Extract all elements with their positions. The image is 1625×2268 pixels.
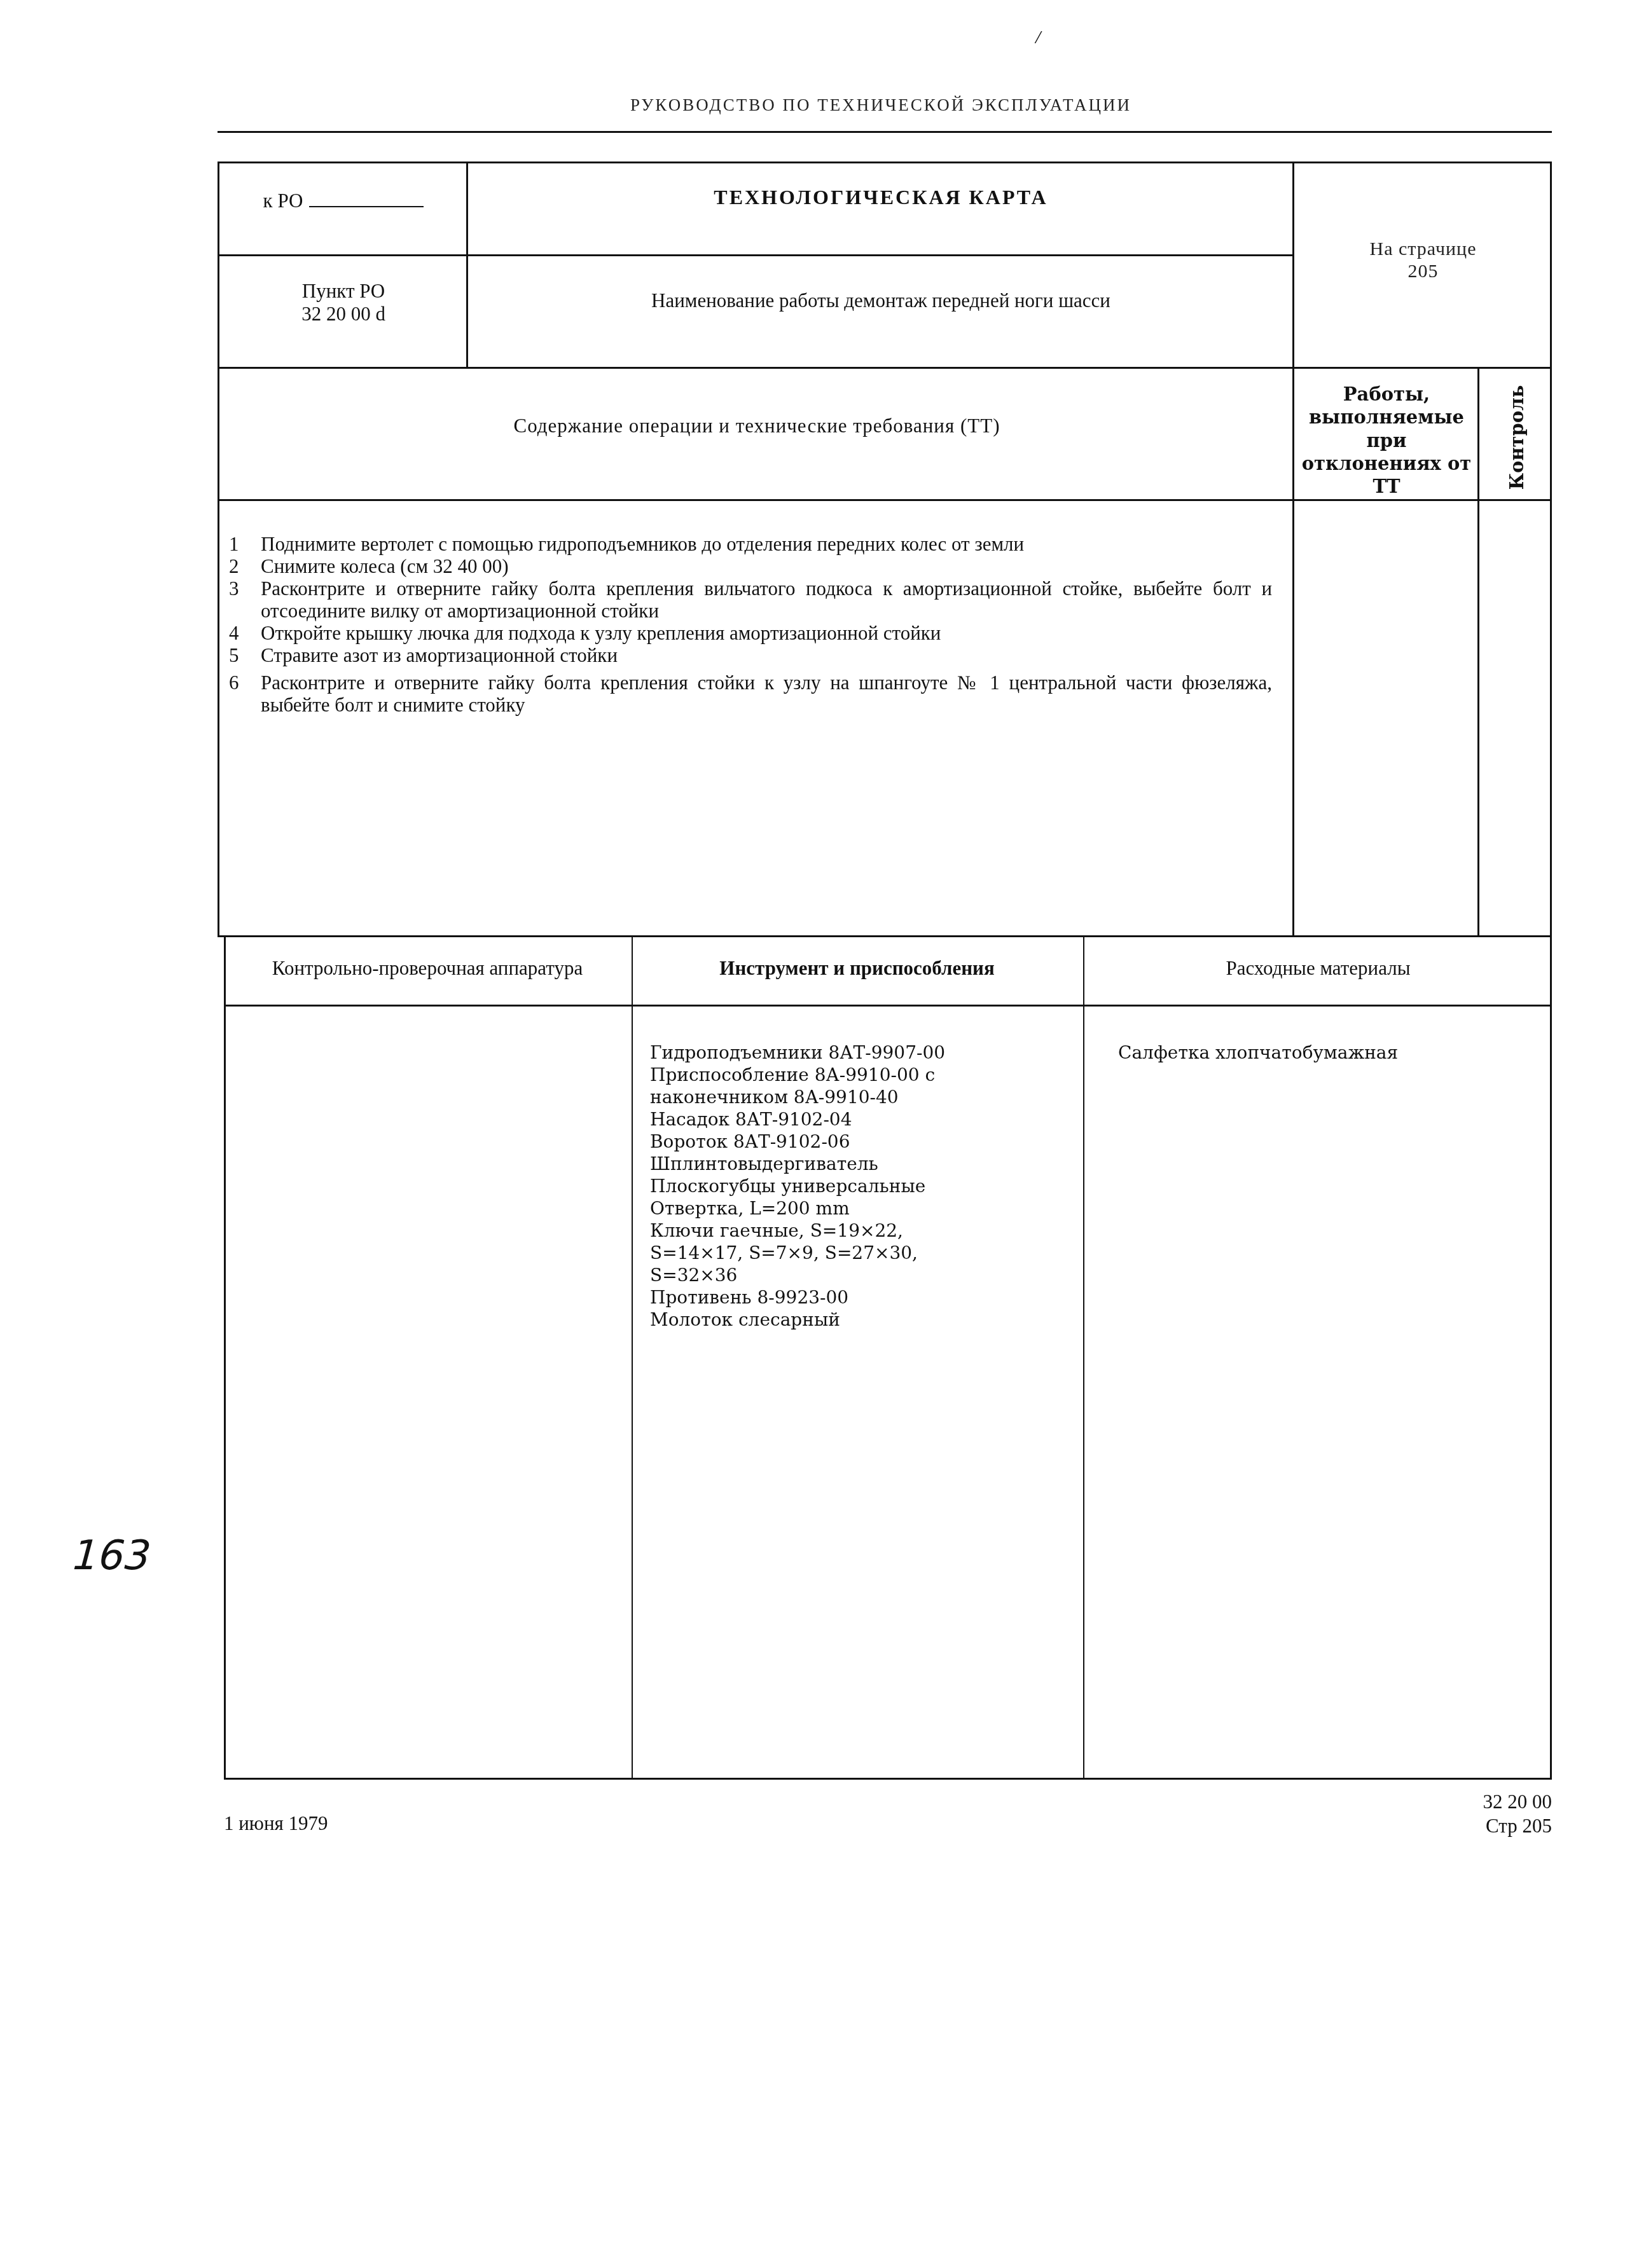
header-rule [218, 131, 1552, 133]
page-ref-label: На страчице [1294, 238, 1552, 261]
handwritten-margin-note: 163 [71, 1532, 152, 1579]
ref-ro-field: к РО [219, 189, 467, 212]
punkt-ro-label: Пункт РО [219, 280, 467, 303]
operation-steps: 1 Поднимите вертолет с помощью гидроподъ… [229, 533, 1272, 716]
divider [218, 367, 1552, 369]
tools-header: Инструмент и приспособления [633, 957, 1081, 980]
step-text: Стравите азот из амортизационной стойки [261, 644, 1272, 666]
test-equipment-header: Контрольно-проверочная аппаратура [224, 957, 631, 980]
list-item: S=14×17, S=7×9, S=27×30, [650, 1242, 1070, 1264]
page-number: Стр 205 [1483, 1814, 1552, 1838]
card-title: ТЕХНОЛОГИЧЕСКАЯ КАРТА [467, 186, 1294, 209]
list-item: 3 Расконтрите и отверните гайку болта кр… [229, 577, 1272, 622]
punkt-ro: Пункт РО 32 20 00 d [219, 280, 467, 325]
list-item: Вороток 8АТ-9102-06 [650, 1131, 1070, 1153]
page-reference: На страчице 205 [1294, 238, 1552, 282]
list-item: 4 Откройте крышку лючка для подхода к уз… [229, 622, 1272, 644]
list-item: Салфетка хлопчатобумажная [1118, 1041, 1538, 1064]
running-header: РУКОВОДСТВО ПО ТЕХНИЧЕСКОЙ ЭКСПЛУАТАЦИИ [210, 95, 1552, 115]
footer-page-code: 32 20 00 Стр 205 [1483, 1790, 1552, 1838]
list-item: 2 Снимите колеса (см 32 40 00) [229, 555, 1272, 577]
list-item: Отвертка, L=200 mm [650, 1197, 1070, 1220]
step-text: Откройте крышку лючка для подхода к узлу… [261, 622, 1272, 644]
scan-tick-mark: / [1035, 27, 1041, 48]
list-item: Молоток слесарный [650, 1309, 1070, 1331]
deviation-work-header: Работы, выполняемые при отклонениях от Т… [1294, 383, 1479, 498]
ref-ro-blank-line [309, 189, 424, 207]
page-ref-value: 205 [1294, 261, 1552, 283]
divider [1083, 935, 1084, 1780]
control-header-label: Контроль [1506, 385, 1528, 490]
list-item: наконечником 8А-9910-40 [650, 1086, 1070, 1108]
step-text: Расконтрите и отверните гайку болта креп… [261, 577, 1272, 622]
tools-list: Гидроподъемники 8АТ-9907-00Приспособлени… [650, 1041, 1070, 1331]
divider [224, 1005, 1552, 1007]
list-item: Приспособление 8А-9910-00 с [650, 1064, 1070, 1086]
list-item: Шплинтовыдергиватель [650, 1153, 1070, 1175]
step-text: Расконтрите и отверните гайку болта креп… [261, 671, 1272, 716]
list-item: 1 Поднимите вертолет с помощью гидроподъ… [229, 533, 1272, 555]
step-number: 6 [229, 671, 261, 716]
work-name: Наименование работы демонтаж передней но… [467, 289, 1294, 312]
list-item: Гидроподъемники 8АТ-9907-00 [650, 1041, 1070, 1064]
divider [632, 935, 633, 1780]
step-number: 4 [229, 622, 261, 644]
step-text: Снимите колеса (см 32 40 00) [261, 555, 1272, 577]
step-number: 2 [229, 555, 261, 577]
list-item: S=32×36 [650, 1264, 1070, 1286]
punkt-ro-value: 32 20 00 d [219, 303, 467, 326]
consumables-list: Салфетка хлопчатобумажная [1118, 1041, 1538, 1064]
list-item: Плоскогубцы универсальные [650, 1175, 1070, 1197]
list-item: 5 Стравите азот из амортизационной стойк… [229, 644, 1272, 666]
step-number: 1 [229, 533, 261, 555]
consumables-header: Расходные материалы [1084, 957, 1552, 980]
divider [218, 254, 1294, 256]
ref-ro-label: к РО [263, 189, 303, 212]
list-item: Противень 8-9923-00 [650, 1286, 1070, 1309]
list-item: 6 Расконтрите и отверните гайку болта кр… [229, 671, 1272, 716]
control-header: Контроль [1482, 381, 1552, 493]
step-number: 3 [229, 577, 261, 622]
list-item: Насадок 8АТ-9102-04 [650, 1108, 1070, 1131]
operations-header: Содержание операции и технические требов… [219, 415, 1294, 437]
step-text: Поднимите вертолет с помощью гидроподъем… [261, 533, 1272, 555]
footer-date: 1 июня 1979 [224, 1812, 328, 1835]
step-number: 5 [229, 644, 261, 666]
divider [218, 499, 1552, 501]
list-item: Ключи гаечные, S=19×22, [650, 1220, 1070, 1242]
section-code: 32 20 00 [1483, 1790, 1552, 1814]
